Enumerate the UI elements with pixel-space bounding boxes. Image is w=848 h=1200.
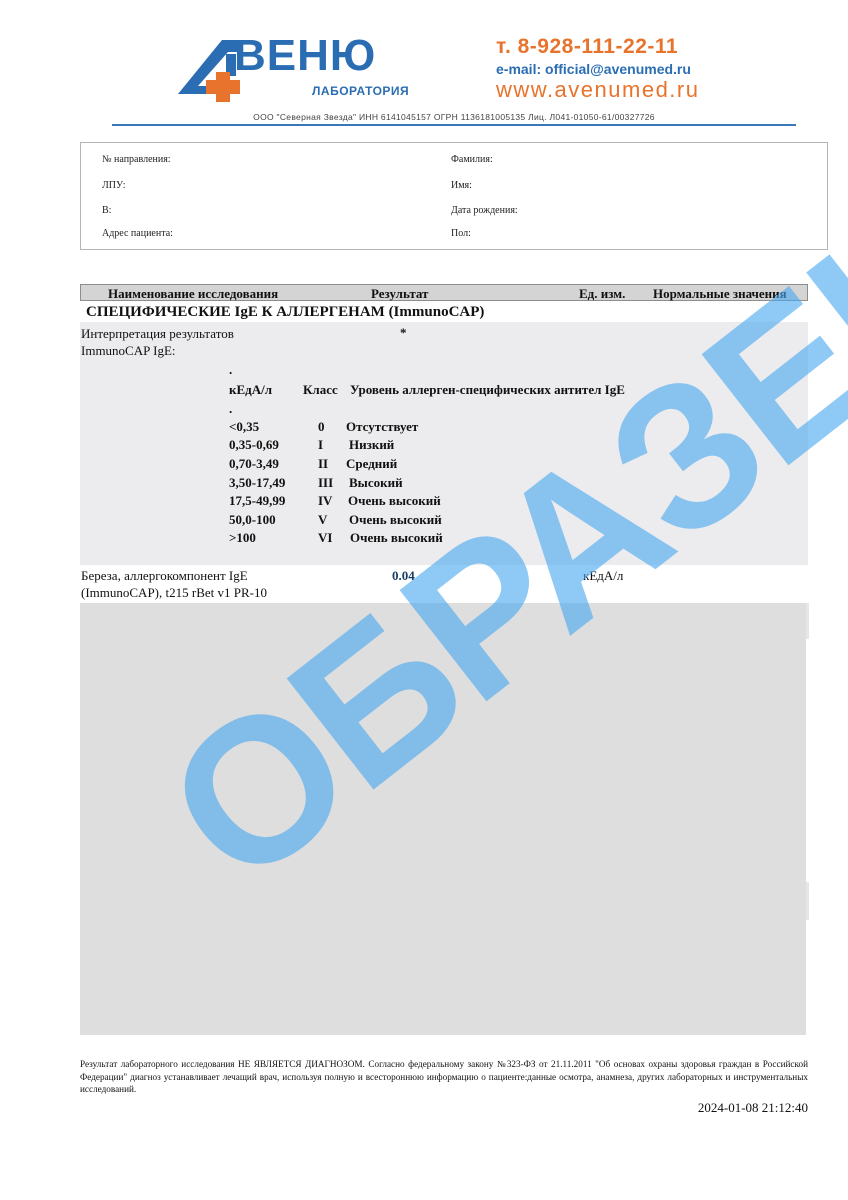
- column-header-unit: Ед. изм.: [579, 286, 625, 302]
- scale-col-range: кЕдА/л: [229, 382, 272, 398]
- scale-class: VI: [318, 530, 332, 546]
- scale-level: Очень высокий: [348, 493, 441, 509]
- legal-details: ООО "Северная Звезда" ИНН 6141045157 ОГР…: [112, 112, 796, 122]
- scale-class: V: [318, 512, 327, 528]
- test-name-line2: (ImmunoCAP), t215 rBet v1 PR-10: [81, 585, 267, 601]
- scale-class: IV: [318, 493, 332, 509]
- table-row: Береза, аллергокомпонент IgE (ImmunoCAP)…: [80, 565, 808, 603]
- patient-info-box: № направления: ЛПУ: В: Адрес пациента: Ф…: [80, 142, 828, 250]
- test-result-value: 0.04: [392, 568, 415, 584]
- first-name-label: Имя:: [451, 180, 472, 191]
- interpretation-result: *: [400, 325, 407, 341]
- scale-level: Высокий: [349, 475, 403, 491]
- scale-col-class: Класс: [303, 382, 338, 398]
- v-label: В:: [102, 205, 111, 216]
- scale-level: Низкий: [349, 437, 394, 453]
- gray-area-edge: [806, 882, 809, 920]
- empty-results-area: [80, 603, 806, 1035]
- column-header-normal-values: Нормальные значения: [653, 286, 787, 302]
- header-divider: [112, 124, 796, 126]
- scale-range: <0,35: [229, 419, 259, 435]
- lab-header: ВЕНЮ ЛАБОРАТОРИЯ т. 8-928-111-22-11 e-ma…: [112, 28, 796, 128]
- test-unit: кЕдА/л: [583, 568, 623, 584]
- scale-level: Очень высокий: [350, 530, 443, 546]
- scale-class: II: [318, 456, 328, 472]
- print-timestamp: 2024-01-08 21:12:40: [698, 1100, 808, 1116]
- column-header-result: Результат: [371, 286, 428, 302]
- scale-range: 17,5-49,99: [229, 493, 285, 509]
- patient-address-label: Адрес пациента:: [102, 228, 173, 239]
- lpu-label: ЛПУ:: [102, 180, 125, 191]
- scale-class: 0: [318, 419, 325, 435]
- separator-dot: .: [229, 401, 232, 417]
- interpretation-label-line2: ImmunoCAP IgE:: [81, 343, 176, 359]
- legal-disclaimer: Результат лабораторного исследования НЕ …: [80, 1058, 808, 1096]
- email-address: e-mail: official@avenumed.ru: [496, 60, 699, 78]
- test-name-line1: Береза, аллергокомпонент IgE: [81, 568, 248, 584]
- contacts-block: т. 8-928-111-22-11 e-mail: official@aven…: [496, 36, 699, 102]
- brand-subtitle: ЛАБОРАТОРИЯ: [312, 84, 409, 98]
- scale-range: 50,0-100: [229, 512, 276, 528]
- interpretation-label-line1: Интерпретация результатов: [81, 326, 234, 342]
- scale-col-level: Уровень аллерген-специфических антител I…: [350, 382, 625, 398]
- surname-label: Фамилия:: [451, 154, 493, 165]
- scale-range: 3,50-17,49: [229, 475, 285, 491]
- section-title: СПЕЦИФИЧЕСКИЕ IgE К АЛЛЕРГЕНАМ (ImmunoCA…: [86, 304, 484, 321]
- column-header-test-name: Наименование исследования: [108, 286, 278, 302]
- brand-name: ВЕНЮ: [234, 34, 376, 78]
- birthdate-label: Дата рождения:: [451, 205, 518, 216]
- website-link[interactable]: www.avenumed.ru: [496, 78, 699, 102]
- scale-range: 0,35-0,69: [229, 437, 279, 453]
- scale-class: I: [318, 437, 323, 453]
- gray-area-edge: [806, 603, 809, 639]
- phone-number: т. 8-928-111-22-11: [496, 36, 699, 58]
- scale-range: 0,70-3,49: [229, 456, 279, 472]
- scale-level: Очень высокий: [349, 512, 442, 528]
- scale-range: >100: [229, 530, 256, 546]
- sex-label: Пол:: [451, 228, 471, 239]
- results-table-header: Наименование исследования Результат Ед. …: [80, 284, 808, 301]
- interpretation-row: Интерпретация результатов ImmunoCAP IgE:…: [80, 322, 808, 565]
- scale-level: Отсутствует: [346, 419, 418, 435]
- separator-dot: .: [229, 362, 232, 378]
- referral-number-label: № направления:: [102, 154, 171, 165]
- scale-level: Средний: [346, 456, 397, 472]
- scale-class: III: [318, 475, 333, 491]
